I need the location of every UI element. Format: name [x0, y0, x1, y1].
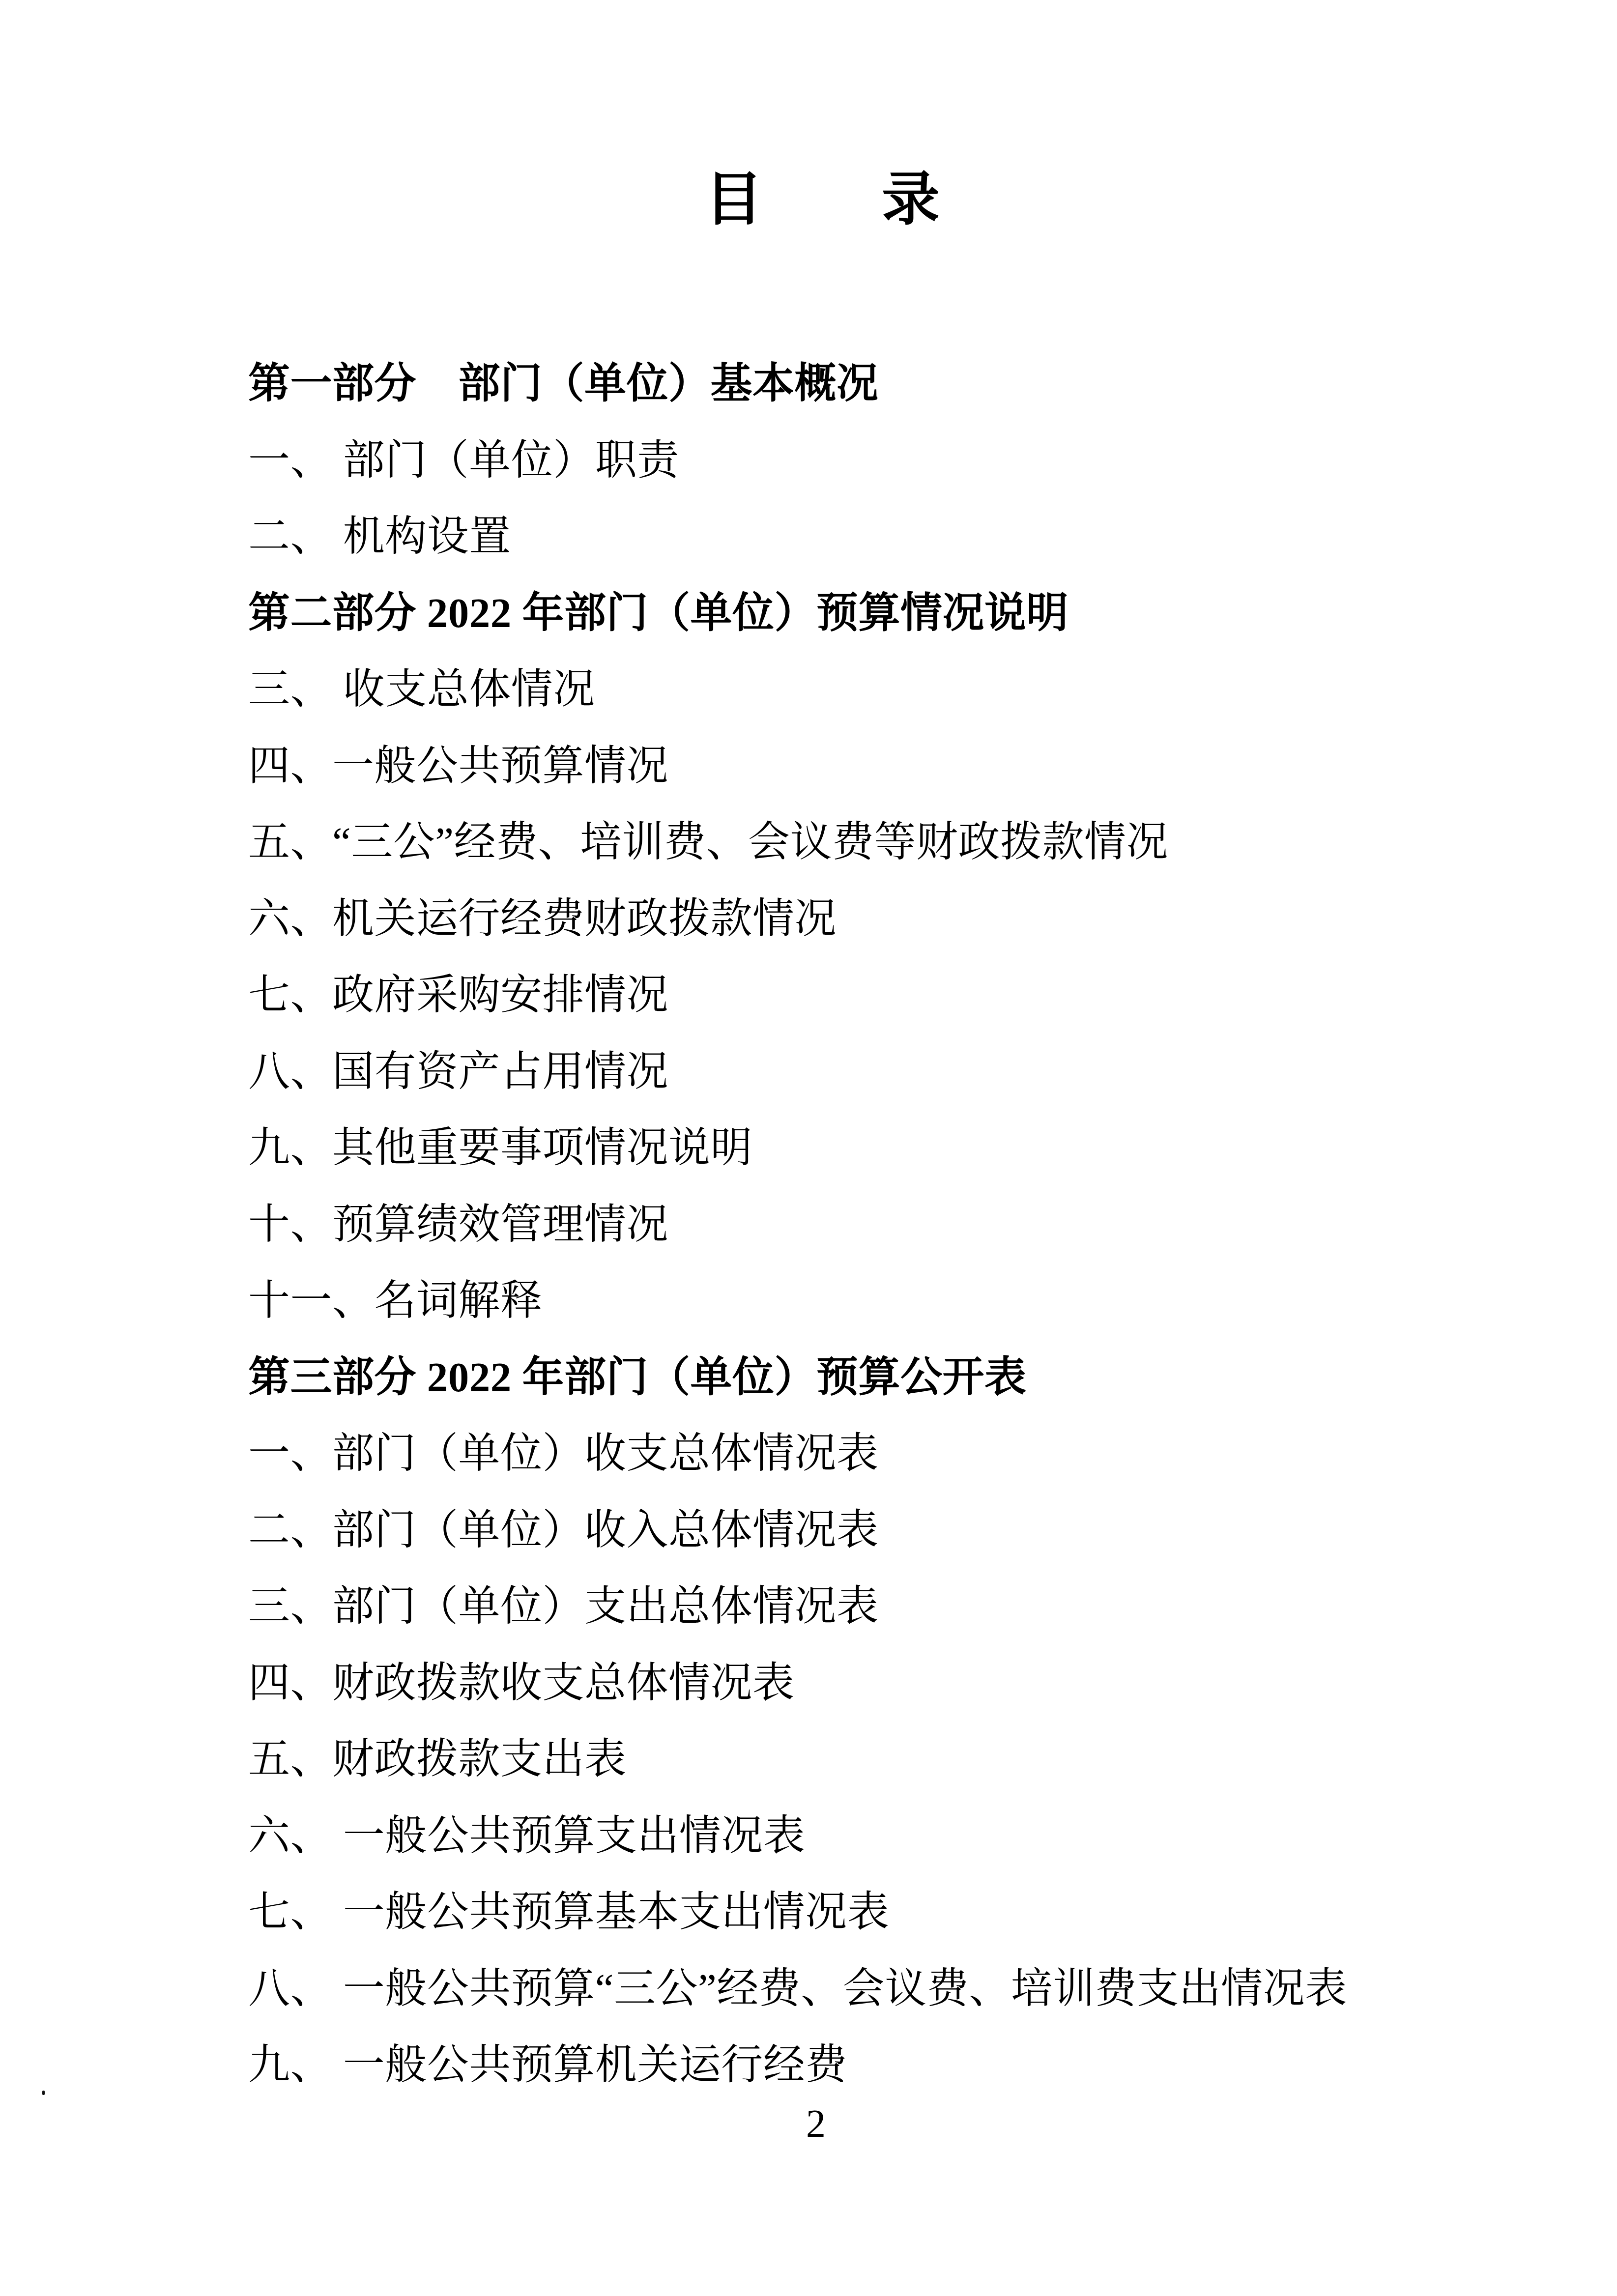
toc-entry: 六、 一般公共预算支出情况表	[248, 1798, 1519, 1875]
toc-entry: 九、 一般公共预算机关运行经费	[248, 2027, 1519, 2104]
toc-entry: 三、 收支总体情况	[248, 652, 1519, 728]
toc-entry: 九、其他重要事项情况说明	[248, 1110, 1519, 1187]
toc-section-heading-part1: 第一部分 部门（单位）基本概况	[248, 346, 1519, 423]
toc-entry: 二、部门（单位）收入总体情况表	[248, 1492, 1519, 1569]
toc-entry: 四、财政拨款收支总体情况表	[248, 1645, 1519, 1722]
toc-entry: 一、 部门（单位）职责	[248, 423, 1519, 499]
scan-artifact-dot	[42, 2091, 45, 2095]
toc-section-heading-part2: 第二部分 2022 年部门（单位）预算情况说明	[248, 575, 1519, 652]
toc-section-heading-part3: 第三部分 2022 年部门（单位）预算公开表	[248, 1340, 1519, 1416]
toc-entry: 十、预算绩效管理情况	[248, 1187, 1519, 1263]
toc-entry: 六、机关运行经费财政拨款情况	[248, 881, 1519, 958]
toc-entry: 七、 一般公共预算基本支出情况表	[248, 1874, 1519, 1951]
toc-list: 第一部分 部门（单位）基本概况 一、 部门（单位）职责 二、 机构设置 第二部分…	[248, 346, 1519, 2104]
toc-entry: 四、一般公共预算情况	[248, 728, 1519, 805]
toc-entry: 五、财政拨款支出表	[248, 1722, 1519, 1798]
scanned-toc-page: 目 录 第一部分 部门（单位）基本概况 一、 部门（单位）职责 二、 机构设置 …	[0, 0, 1617, 2296]
toc-entry: 二、 机构设置	[248, 499, 1519, 575]
toc-entry: 一、部门（单位）收支总体情况表	[248, 1416, 1519, 1492]
toc-entry: 八、国有资产占用情况	[248, 1034, 1519, 1111]
toc-entry: 八、 一般公共预算“三公”经费、会议费、培训费支出情况表	[248, 1951, 1519, 2028]
toc-entry: 七、政府采购安排情况	[248, 957, 1519, 1034]
toc-entry: 五、“三公”经费、培训费、会议费等财政拨款情况	[248, 804, 1519, 881]
toc-title: 目 录	[0, 168, 1617, 232]
toc-entry: 十一、名词解释	[248, 1263, 1519, 1340]
page-number: 2	[0, 2104, 1617, 2144]
toc-entry: 三、部门（单位）支出总体情况表	[248, 1569, 1519, 1645]
